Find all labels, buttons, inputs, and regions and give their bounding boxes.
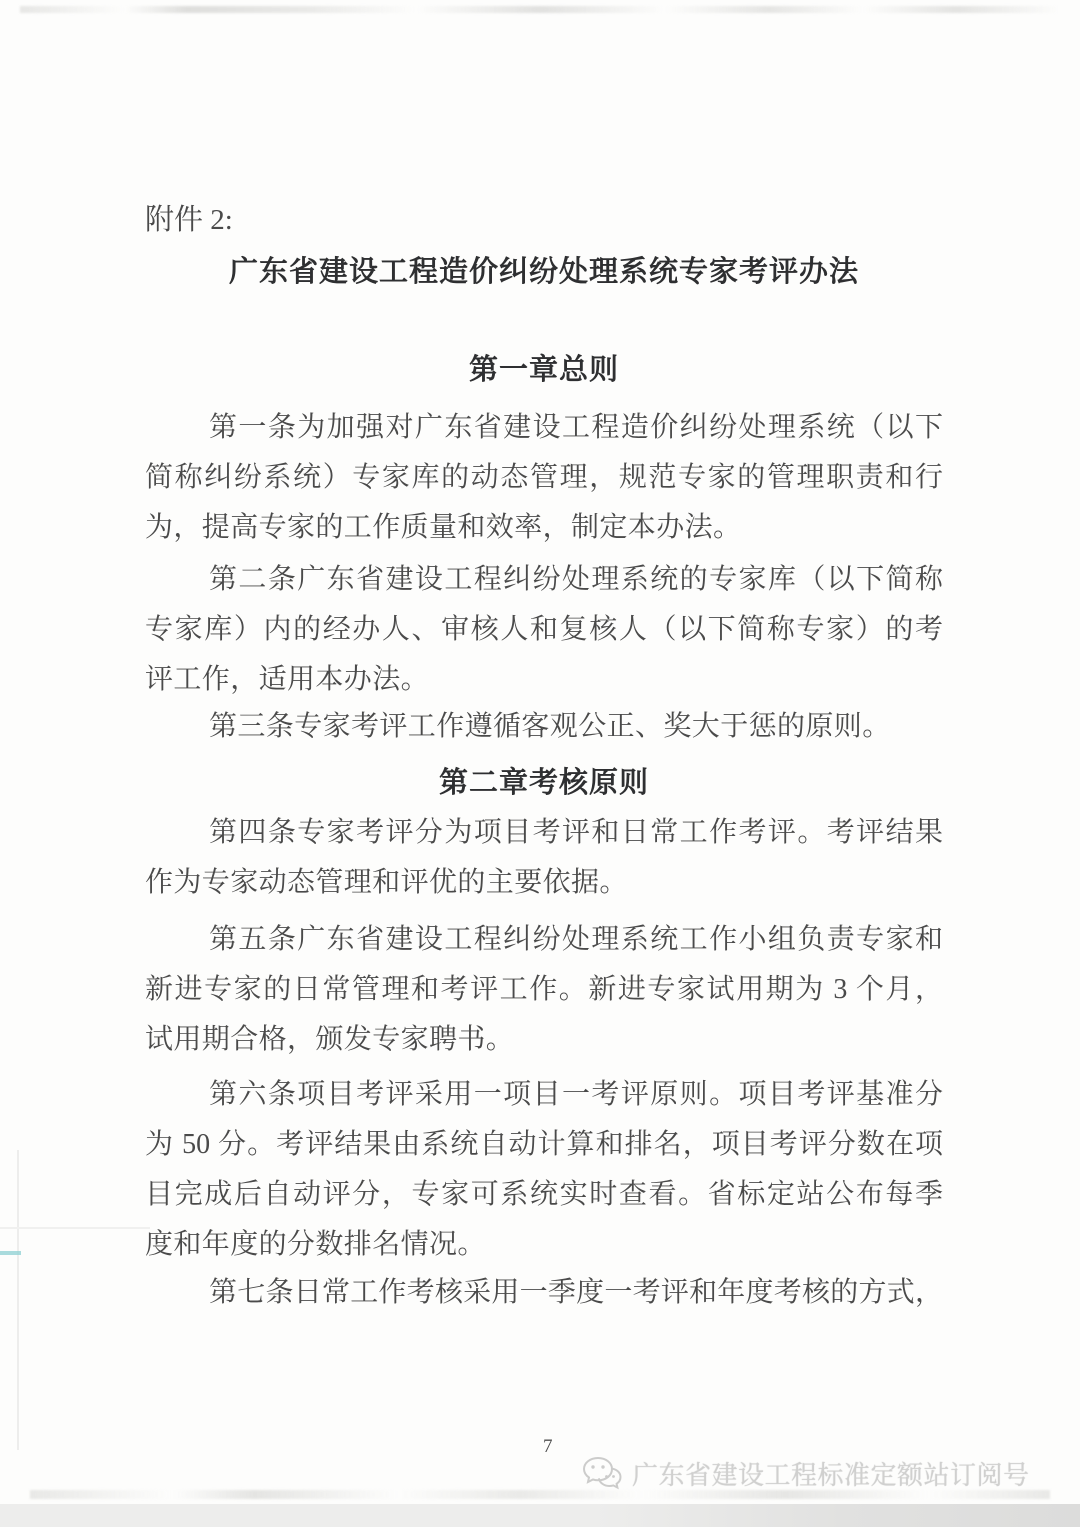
paragraph-line: 度和年度的分数排名情况。: [145, 1220, 943, 1270]
paragraph-line: 为，提高专家的工作质量和效率，制定本办法。: [145, 503, 943, 553]
paragraph-line: 为 50 分。考评结果由系统自动计算和排名，项目考评分数在项: [145, 1120, 943, 1170]
document-title: 广东省建设工程造价纠纷处理系统专家考评办法: [145, 246, 943, 298]
article-1: 第一条为加强对广东省建设工程造价纠纷处理系统（以下简称纠纷系统）专家库的动态管理…: [145, 403, 943, 553]
scan-artifact-left-line: [17, 1150, 19, 1450]
attachment-label: 附件 2:: [145, 195, 943, 245]
paragraph-line: 新进专家的日常管理和考评工作。新进专家试用期为 3 个月，: [145, 965, 943, 1015]
wechat-subscription-watermark: 广东省建设工程标准定额站订阅号: [581, 1455, 1030, 1492]
paragraph-line: 作为专家动态管理和评优的主要依据。: [145, 858, 943, 908]
paragraph-line: 第二条广东省建设工程纠纷处理系统的专家库（以下简称: [145, 555, 943, 605]
paragraph-line: 专家库）内的经办人、审核人和复核人（以下简称专家）的考: [145, 605, 943, 655]
watermark-text: 广东省建设工程标准定额站订阅号: [632, 1455, 1030, 1492]
scan-artifact-faint-line: [0, 1227, 150, 1229]
paragraph-line: 第五条广东省建设工程纠纷处理系统工作小组负责专家和: [145, 915, 943, 965]
article-6: 第六条项目考评采用一项目一考评原则。项目考评基准分为 50 分。考评结果由系统自…: [145, 1070, 943, 1270]
scan-artifact-cyan-tick: [0, 1251, 21, 1255]
chapter-1-heading: 第一章总则: [145, 344, 943, 396]
article-4: 第四条专家考评分为项目考评和日常工作考评。考评结果作为专家动态管理和评优的主要依…: [145, 808, 943, 908]
paragraph-line: 第一条为加强对广东省建设工程造价纠纷处理系统（以下: [145, 403, 943, 453]
paragraph-line: 第六条项目考评采用一项目一考评原则。项目考评基准分: [145, 1070, 943, 1120]
document-body: 附件 2:广东省建设工程造价纠纷处理系统专家考评办法第一章总则第一条为加强对广东…: [145, 0, 943, 1430]
chapter-2-heading: 第二章考核原则: [145, 757, 943, 809]
page-number: 7: [543, 1436, 553, 1458]
paragraph-line: 简称纠纷系统）专家库的动态管理，规范专家的管理职责和行: [145, 453, 943, 503]
paragraph-line: 第四条专家考评分为项目考评和日常工作考评。考评结果: [145, 808, 943, 858]
article-2: 第二条广东省建设工程纠纷处理系统的专家库（以下简称专家库）内的经办人、审核人和复…: [145, 555, 943, 705]
paragraph-line: 试用期合格，颁发专家聘书。: [145, 1015, 943, 1065]
scanned-document-page: { "document": { "attachment_label": "附件 …: [0, 0, 1080, 1527]
paragraph-line: 第七条日常工作考核采用一季度一考评和年度考核的方式，: [145, 1268, 943, 1318]
wechat-icon: [581, 1455, 623, 1492]
paragraph-line: 目完成后自动评分，专家可系统实时查看。省标定站公布每季: [145, 1170, 943, 1220]
article-3: 第三条专家考评工作遵循客观公正、奖大于惩的原则。: [145, 702, 943, 752]
article-5: 第五条广东省建设工程纠纷处理系统工作小组负责专家和新进专家的日常管理和考评工作。…: [145, 915, 943, 1065]
scan-artifact-bottom-band: [0, 1504, 1080, 1527]
article-7: 第七条日常工作考核采用一季度一考评和年度考核的方式，: [145, 1268, 943, 1318]
paragraph-line: 第三条专家考评工作遵循客观公正、奖大于惩的原则。: [145, 702, 943, 752]
paragraph-line: 评工作，适用本办法。: [145, 655, 943, 705]
